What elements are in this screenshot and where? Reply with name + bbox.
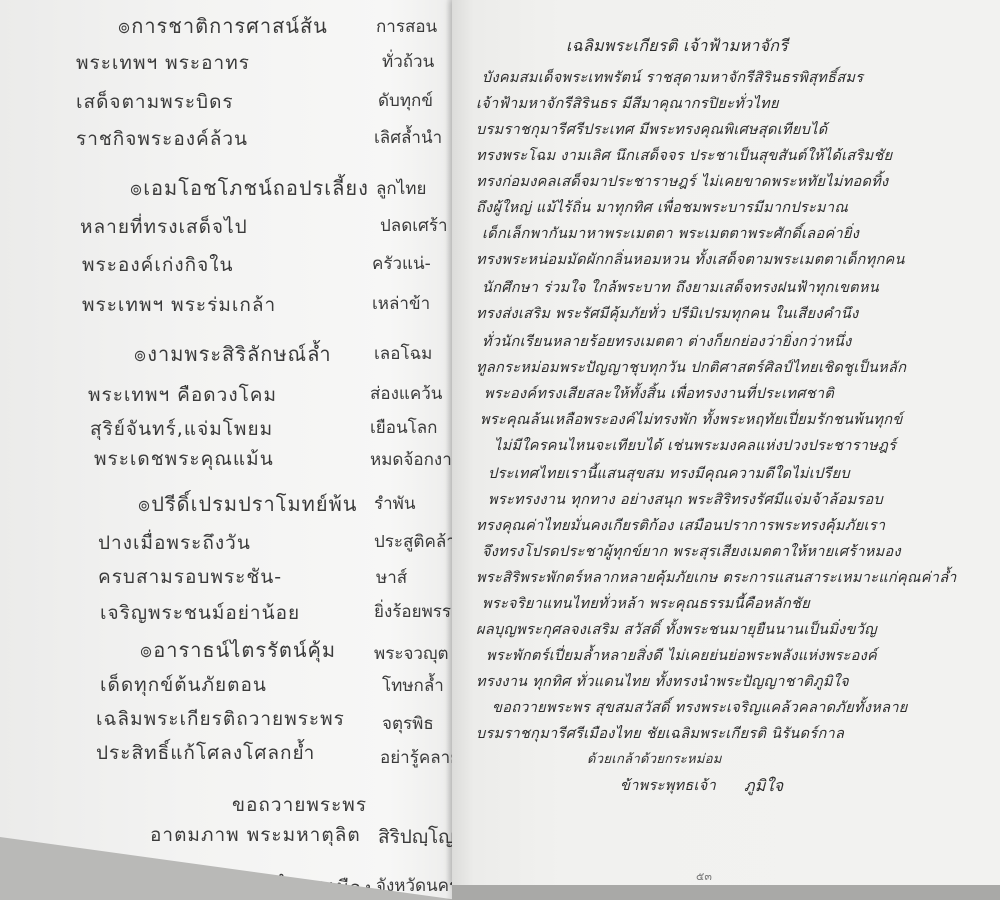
poem-line: สุริย์จันทร์,แจ่มโพยม bbox=[90, 414, 273, 444]
poem-line: ครบสามรอบพระชัน- bbox=[98, 562, 282, 592]
poem-line: หลายที่ทรงเสด็จไป bbox=[80, 212, 248, 242]
page-edge bbox=[452, 885, 1000, 900]
poem-line: เจริญพระชนม์อย่าน้อย bbox=[100, 598, 300, 628]
poem-line: พระเดชพระคุณแม้น bbox=[94, 444, 274, 474]
letter-line: เด็กเล็กพากันมาหาพระเมตตา พระเมตตาพระศัก… bbox=[482, 222, 859, 245]
poem-line: ๏อาราธน์ไตรรัตน์คุ้ม bbox=[140, 634, 336, 666]
poem-line: ปางเมื่อพระถึงวัน bbox=[98, 528, 251, 558]
letter-line: บังคมสมเด็จพระเทพรัตน์ ราชสุดามหาจักรีสิ… bbox=[482, 66, 863, 89]
left-page: ๏การชาติการศาสน์ส้น การสอน พระเทพฯ พระอา… bbox=[0, 0, 458, 900]
letter-line: บรมราชกุมารีศรีเมืองไทย ชัยเฉลิมพระเกียร… bbox=[476, 722, 844, 745]
poem-line-end: หมดจ้อกงา bbox=[370, 446, 452, 473]
poem-line-end: ทั่วถ้วน bbox=[382, 48, 434, 75]
letter-title: เฉลิมพระเกียรติ เจ้าฟ้ามหาจักรี bbox=[566, 34, 788, 59]
poem-line: เฉลิมพระเกียรติถวายพระพร bbox=[96, 704, 345, 734]
poem-line-end: ษาส์ bbox=[376, 564, 407, 591]
poem-line-end: การสอน bbox=[376, 13, 437, 40]
letter-line: พระทรงงาน ทุกทาง อย่างสนุก พระสิริทรงรัศ… bbox=[488, 488, 883, 511]
letter-line: ผลบุญพระกุศลจงเสริม สวัสดิ์ ทั้งพระชนมาย… bbox=[476, 618, 877, 641]
poem-line-end: เลอโฉม bbox=[374, 340, 432, 367]
open-book: ๏การชาติการศาสน์ส้น การสอน พระเทพฯ พระอา… bbox=[0, 0, 1000, 900]
letter-line: พระคุณล้นเหลือพระองค์ไม่ทรงพัก ทั้งพระหฤ… bbox=[480, 408, 903, 431]
poem-line: ๏ปรีดิ์เปรมปราโมทย์พ้น bbox=[138, 488, 357, 520]
right-page: เฉลิมพระเกียรติ เจ้าฟ้ามหาจักรี บังคมสมเ… bbox=[452, 0, 1000, 885]
poem-line: เสด็จตามพระบิดร bbox=[76, 87, 234, 117]
signature-name: ภูมิใจ bbox=[744, 774, 783, 799]
letter-line: ทรงส่งเสริม พระรัศมีคุ้มภัยทั่ว ปรีมิเปร… bbox=[476, 302, 858, 325]
poem-line-end: ยิ่งร้อยพรร bbox=[374, 598, 451, 625]
poem-line: ๏การชาติการศาสน์ส้น bbox=[118, 10, 328, 42]
poem-line-end: โทษกล้ำ bbox=[382, 672, 444, 699]
signature-line-end: สิริปญฺโญ bbox=[378, 822, 454, 852]
poem-line-end: พระจวญุต bbox=[374, 640, 449, 667]
poem-line: ๏งามพระสิริลักษณ์ล้ำ bbox=[134, 338, 332, 370]
poem-line-end: ปลดเศร้า bbox=[380, 212, 448, 239]
signature-prefix: ข้าพระพุทธเจ้า bbox=[620, 774, 716, 797]
poem-line-end: ครัวแน่- bbox=[372, 250, 431, 277]
letter-line: บรมราชกุมารีศรีประเทศ มีพระทรงคุณพิเศษสุ… bbox=[476, 118, 827, 141]
poem-line-end: ดับทุกข์ bbox=[378, 87, 433, 114]
poem-line-end: เลิศล้ำนำ bbox=[374, 124, 442, 151]
poem-line: ราชกิจพระองค์ล้วน bbox=[76, 124, 248, 154]
letter-line: ทรงคุณค่าไทยมั่นคงเกียรติก้อง เสมือนปราก… bbox=[476, 514, 885, 537]
letter-line: ถึงผู้ใหญ่ แม้ไร้ถิ่น มาทุกทิศ เพื่อชมพร… bbox=[476, 196, 848, 219]
letter-line: พระพักตร์เปี่ยมล้ำหลายสิ่งดี ไม่เคยย่นย่… bbox=[486, 644, 877, 667]
letter-line: ทรงพระโฉม งามเลิศ นึกเสด็จจร ประชาเป็นสุ… bbox=[476, 144, 892, 167]
poem-line: พระองค์เก่งกิจใน bbox=[82, 250, 234, 280]
poem-line-end: ส่องแคว้น bbox=[370, 380, 442, 407]
poem-line: ๏เอมโอชโภชน์ถอปรเลี้ยง bbox=[130, 172, 369, 204]
letter-line: เจ้าฟ้ามหาจักรีสิรินธร มีสีมาคุณากรปิยะท… bbox=[476, 92, 779, 115]
poem-line-end: เยือนโลก bbox=[370, 414, 437, 441]
poem-line-end: ลูกไทย bbox=[376, 175, 426, 202]
letter-line: ไม่มีใครคนไหนจะเทียบได้ เช่นพระมงคลแห่งป… bbox=[494, 434, 896, 457]
letter-line: ประเทศไทยเรานี้แสนสุขสม ทรงมีคุณความดีใด… bbox=[488, 462, 850, 485]
poem-line: พระเทพฯ คือดวงโคม bbox=[88, 380, 277, 410]
letter-closing: ด้วยเกล้าด้วยกระหม่อม bbox=[587, 748, 722, 769]
poem-line: พระเทพฯ พระอาทร bbox=[76, 48, 250, 78]
page-number: ๕๓ bbox=[696, 867, 712, 885]
poem-line: พระเทพฯ พระร่มเกล้า bbox=[82, 290, 276, 320]
letter-line: ทรงก่อมงคลเสด็จมาประชาราษฎร์ ไม่เคยขาดพร… bbox=[476, 170, 888, 193]
letter-line: จึงทรงโปรดประชาผู้ทุกข์ยาก พระสุรเสียงเม… bbox=[482, 540, 901, 563]
letter-line: ทั่วนักเรียนหลายร้อยทรงเมตตา ต่างก็ยกย่อ… bbox=[482, 330, 852, 353]
letter-line: นักศึกษา ร่วมใจ ใกล้พระบาท ถึงยามเสด็จทร… bbox=[482, 276, 879, 299]
poem-line: เด็ดทุกข์ต้นภัยตอน bbox=[100, 670, 267, 700]
letter-line: ขอถวายพระพร สุขสมสวัสดิ์ ทรงพระเจริญแคล้… bbox=[492, 696, 908, 719]
poem-line-end: จตุรพิธ bbox=[382, 710, 434, 737]
signature-line: อาตมภาพ พระมหาตุลิต bbox=[150, 820, 361, 850]
letter-line: ทูลกระหม่อมพระปัญญาชุบทุกวัน ปกติศาสตร์ศ… bbox=[476, 356, 906, 379]
closing-line: ขอถวายพระพร bbox=[232, 790, 367, 820]
poem-line: ประสิทธิ์แก้โศลงโศลกย้ำ bbox=[96, 738, 315, 768]
letter-line: พระองค์ทรงเสียสละให้ทั้งสิ้น เพื่อทรงงาน… bbox=[484, 382, 834, 405]
letter-line: ทรงพระหน่อมมัดผักกลิ่นหอมหวน ทั้งเสด็จตา… bbox=[476, 248, 905, 271]
poem-line-end: เหล่าข้า bbox=[372, 290, 430, 317]
address-line: วัดพระนารายณ์มหาราช อำเภอเมือง bbox=[49, 852, 373, 900]
letter-line: พระจริยาแทนไทยทั่วหล้า พระคุณธรรมนี้คือห… bbox=[482, 592, 810, 615]
poem-line-end: รำพัน bbox=[374, 490, 416, 517]
letter-line: พระสิริพระพักตร์หลากหลายคุ้มภัยเกษ ตระกา… bbox=[476, 566, 957, 589]
letter-line: ทรงงาน ทุกทิศ ทั่วแดนไทย ทั้งทรงนำพระปัญ… bbox=[476, 670, 849, 693]
